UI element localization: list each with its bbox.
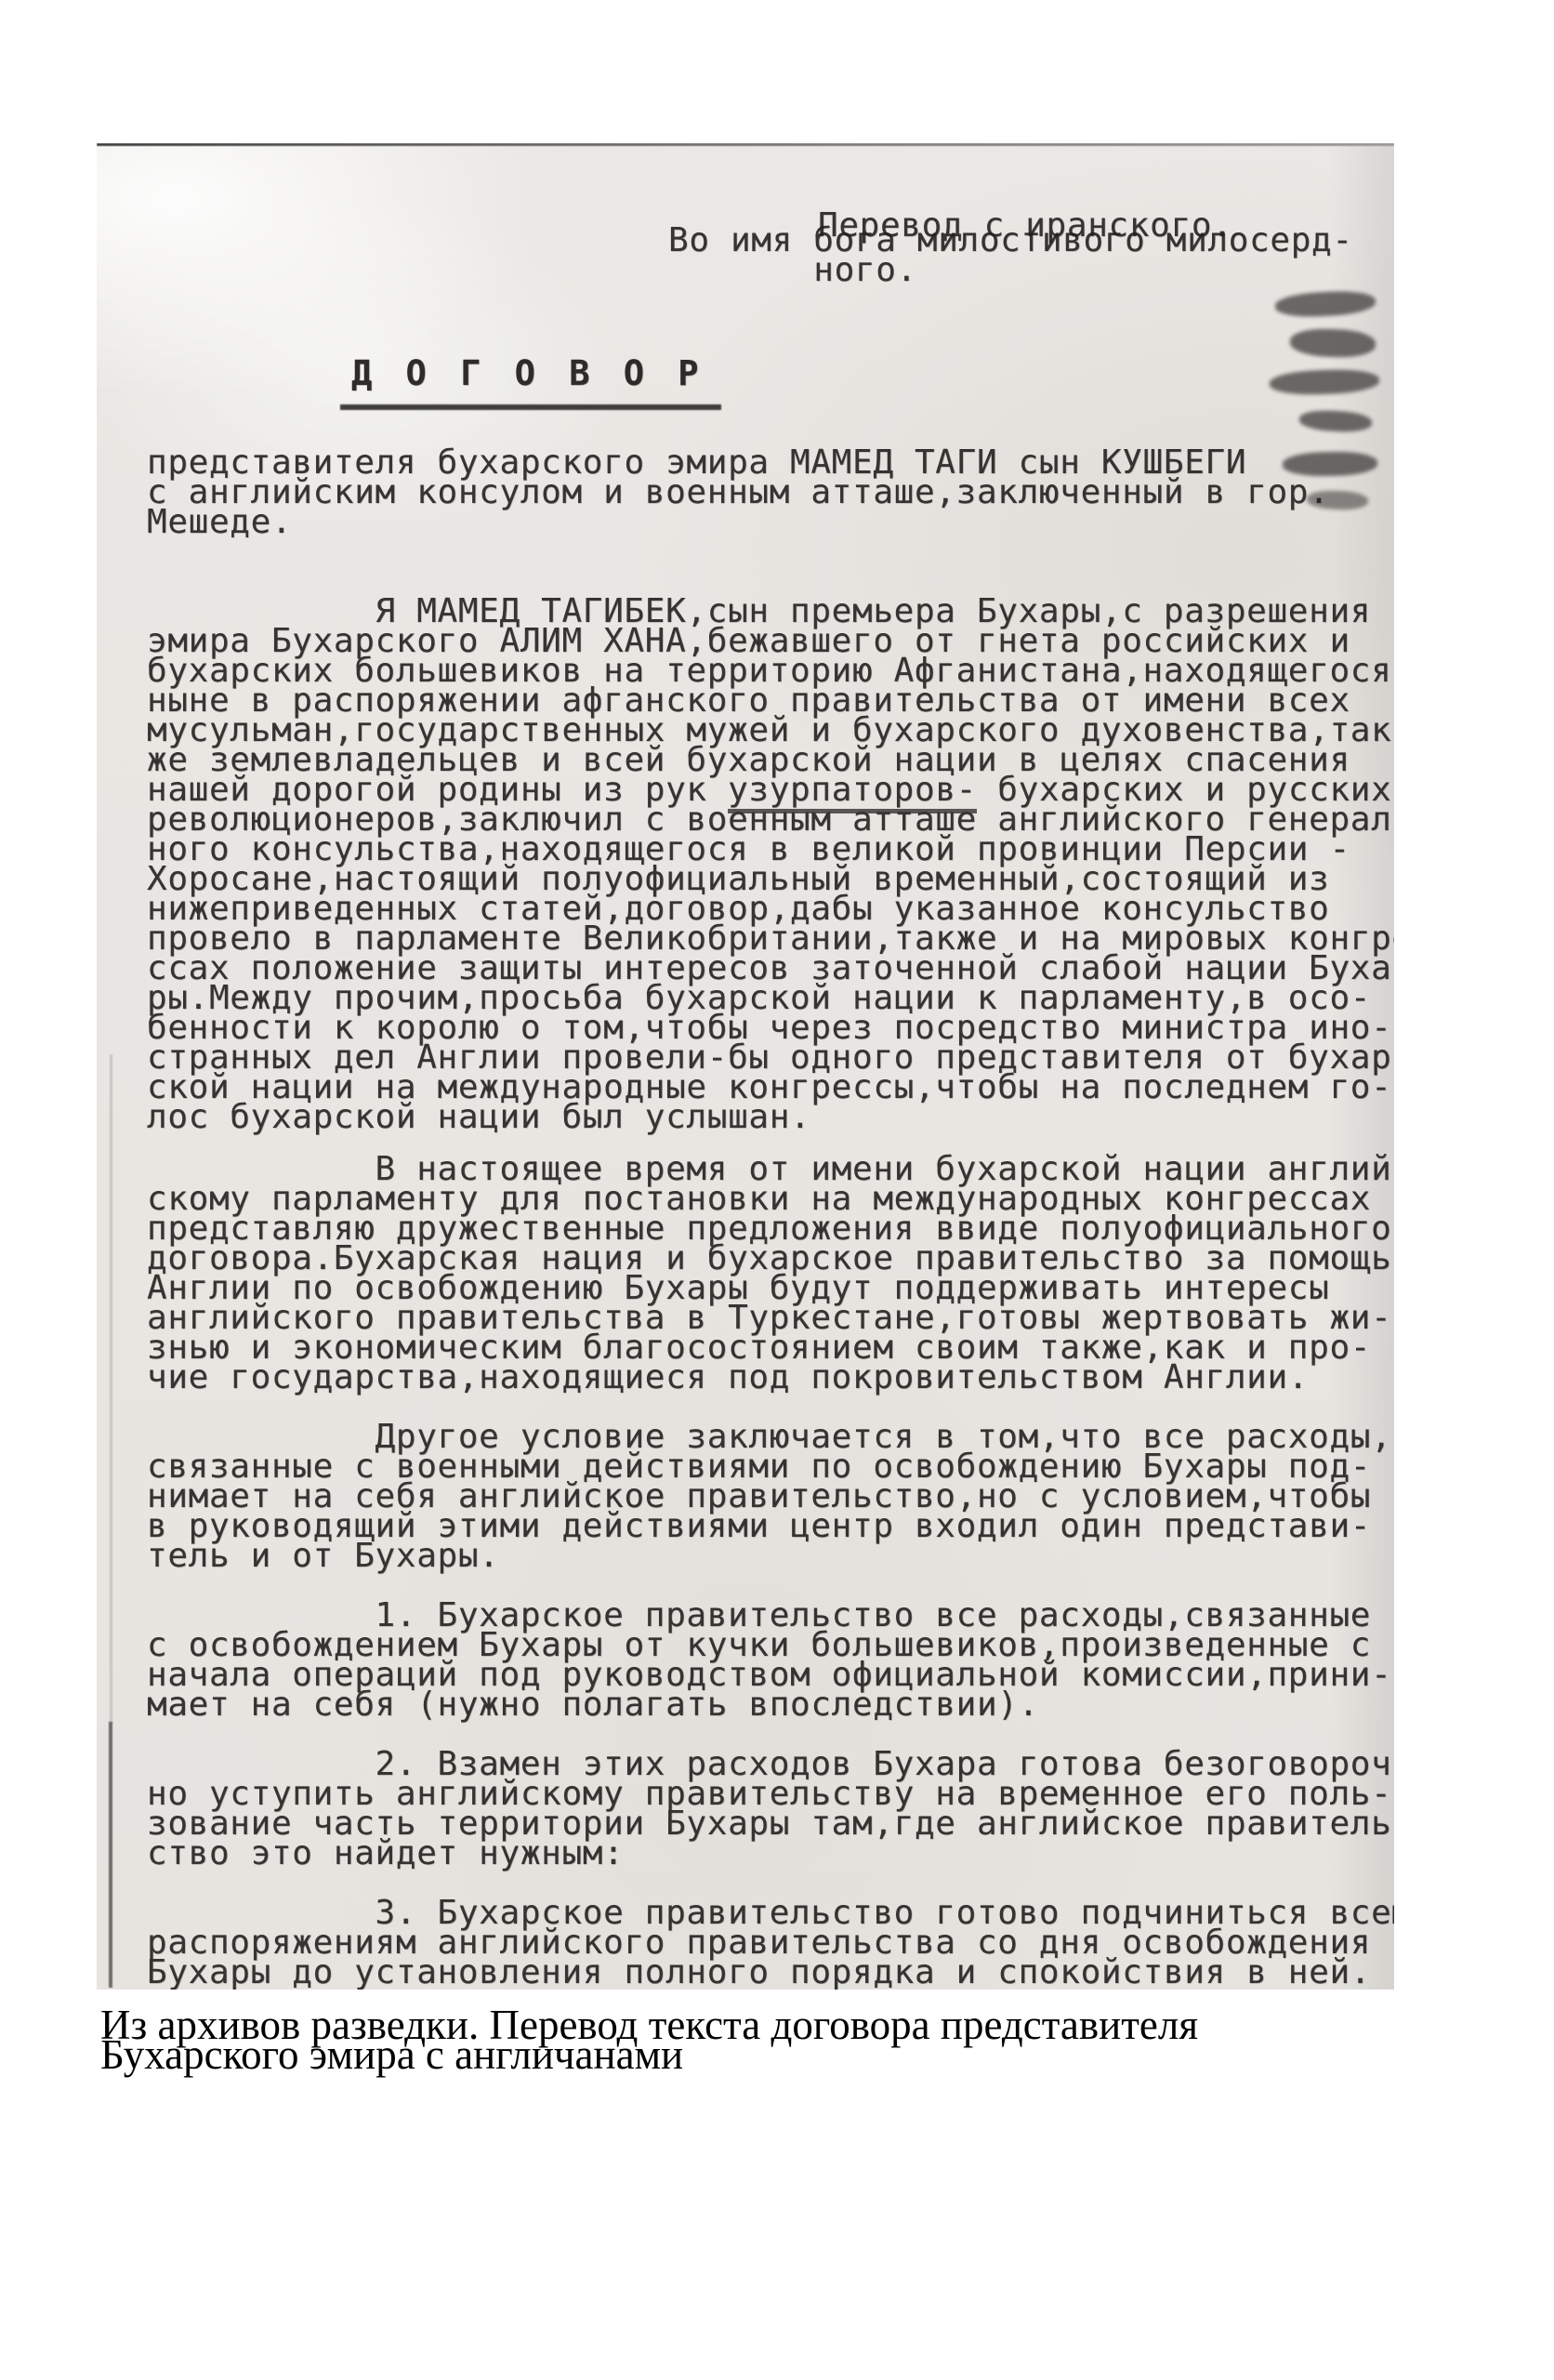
typed-line: Бухары до установления полного порядка и… [147, 1958, 1394, 1988]
scan-artifact [1270, 368, 1380, 396]
item-1: 1. Бухарское правительство все расходы,с… [147, 1601, 1391, 1720]
scan-artifact [1298, 409, 1372, 433]
typed-line: с английским консулом и военным атташе,з… [147, 478, 1329, 508]
typed-line: мает на себя (нужно полагать впоследстви… [147, 1690, 1391, 1720]
typed-line: лос бухарской нации был услышан. [147, 1103, 1394, 1132]
document-title: Д О Г О В О Р [351, 353, 705, 393]
preamble: представителя бухарского эмира МАМЕД ТАГ… [147, 448, 1329, 537]
typed-line: тель и от Бухары. [147, 1541, 1391, 1571]
scan-left-edge-faint [110, 1054, 112, 1724]
item-2: 2. Взамен этих расходов Бухара готова бе… [147, 1750, 1394, 1869]
paragraph-2: В настоящее время от имени бухарской нац… [147, 1155, 1391, 1393]
paragraph-3: Другое условие заключается в том,что все… [147, 1422, 1391, 1571]
scan-artifact [1290, 327, 1376, 358]
typed-line: ство это найдет нужным: [147, 1839, 1394, 1869]
scanned-document: Перевод с иранского. Во имя бога милости… [97, 143, 1394, 1990]
page: Перевод с иранского. Во имя бога милости… [0, 0, 1554, 2380]
scan-left-edge-line [109, 1722, 112, 1988]
item-3: 3. Бухарское правительство готово подчин… [147, 1898, 1394, 1988]
caption: Из архивов разведки. Перевод текста дого… [100, 1999, 1198, 2058]
invocation: Во имя бога милостивого милосерд- ного. [668, 226, 1353, 285]
typed-line: Из архивов разведки. Перевод текста дого… [100, 1999, 1198, 2029]
title-underline [340, 404, 721, 410]
typed-line: ного. [668, 256, 1353, 285]
scan-artifact [1274, 289, 1376, 319]
paragraph-1: Я МАМЕД ТАГИБЕК,сын премьера Бухары,с ра… [147, 597, 1394, 1132]
typed-line: Мешеде. [147, 508, 1329, 537]
scan-top-edge [97, 143, 1394, 146]
typed-line: чие государства,находящиеся под покровит… [147, 1363, 1391, 1393]
